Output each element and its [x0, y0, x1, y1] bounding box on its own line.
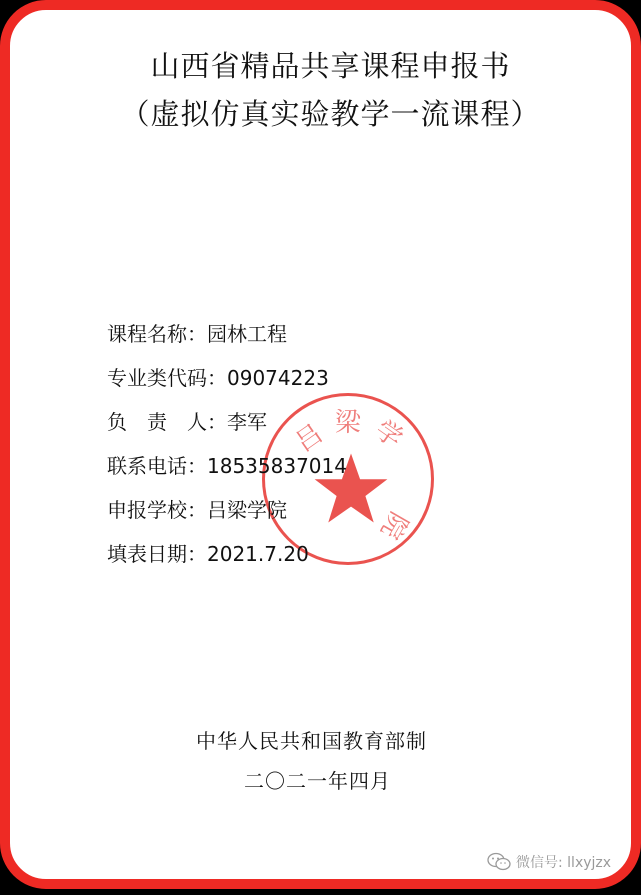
- field-label: 联系电话：: [107, 450, 207, 482]
- seal-char: 学: [369, 410, 412, 455]
- field-responsible-person: 负 责 人：李军: [107, 406, 347, 450]
- field-value: 2021.7.20: [207, 538, 309, 570]
- field-course-name: 课程名称：园林工程: [107, 318, 347, 362]
- watermark-text: 微信号: llxyjzx: [516, 852, 611, 872]
- field-label: 专业类代码：: [107, 362, 227, 394]
- field-label: 课程名称：: [107, 318, 207, 350]
- document-title: 山西省精品共享课程申报书: [10, 44, 641, 85]
- field-label: 填表日期：: [107, 538, 207, 570]
- document-subtitle: （虚拟仿真实验教学一流课程）: [10, 92, 641, 133]
- field-label: 负 责 人：: [107, 406, 227, 438]
- application-fields: 课程名称：园林工程 专业类代码：09074223 负 责 人：李军 联系电话：1…: [107, 318, 347, 582]
- watermark: 微信号: llxyjzx: [486, 852, 611, 872]
- field-phone: 联系电话：18535837014: [107, 450, 347, 494]
- wechat-icon: [486, 852, 512, 872]
- issue-date: 二〇二一年四月: [244, 765, 391, 794]
- field-label: 申报学校：: [107, 494, 207, 526]
- field-value: 李军: [227, 406, 267, 438]
- field-fill-date: 填表日期：2021.7.20: [107, 538, 347, 582]
- issuer: 中华人民共和国教育部制: [196, 725, 427, 754]
- field-value: 18535837014: [207, 450, 347, 482]
- field-value: 园林工程: [207, 318, 287, 350]
- field-major-code: 专业类代码：09074223: [107, 362, 347, 406]
- field-school: 申报学校：吕梁学院: [107, 494, 347, 538]
- field-value: 09074223: [227, 362, 329, 394]
- field-value: 吕梁学院: [207, 494, 287, 526]
